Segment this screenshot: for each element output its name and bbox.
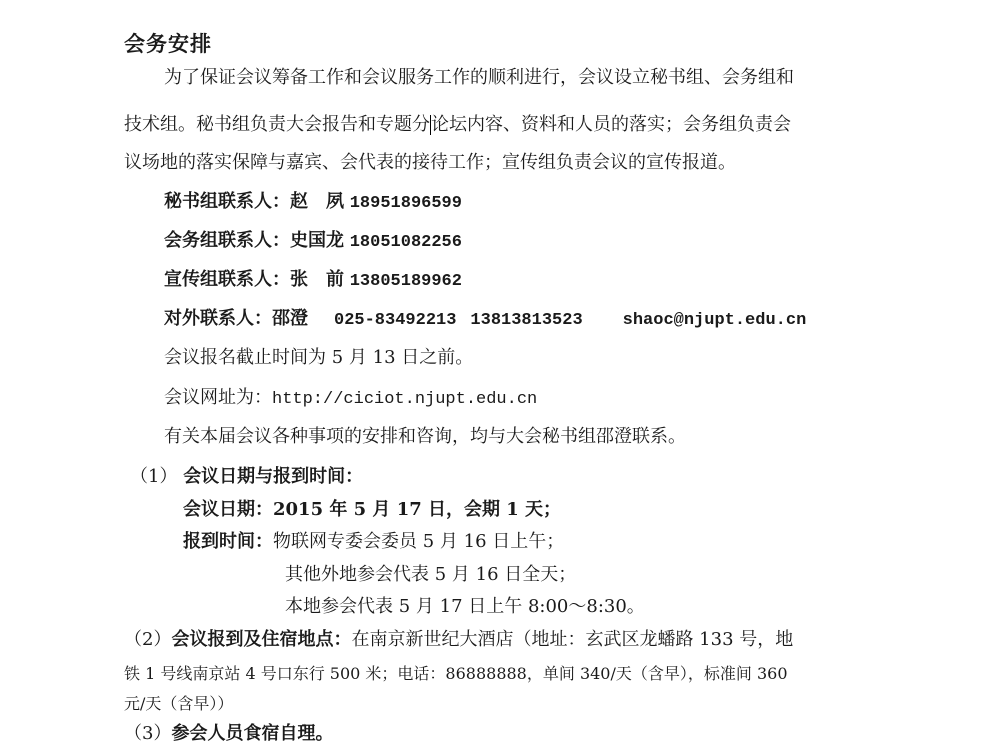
- intro-line-1: 为了保证会议筹备工作和会议服务工作的顺利进行，会议设立秘书组、会务组和: [164, 66, 794, 90]
- contact-email: shaoc@njupt.edu.cn: [623, 311, 807, 330]
- checkin-label: 报到时间：: [183, 531, 273, 552]
- item2-title: 会议报到及住宿地点：: [171, 629, 351, 650]
- date-value: 2015 年 5 月 17 日，会期 1 天；: [273, 499, 561, 520]
- intro-line-2a: 技术组。秘书组负责大会报告和专题分: [124, 114, 430, 135]
- item2-line-2: 铁 1 号线南京站 4 号口东行 500 米；电话：86888888，单间 34…: [124, 662, 788, 686]
- section-heading: 会务安排: [124, 28, 212, 58]
- website-line: 会议网址为：http://ciciot.njupt.edu.cn: [164, 386, 537, 412]
- contact-name: 赵 夙: [290, 191, 344, 212]
- contact-label: 秘书组联系人：: [164, 191, 290, 212]
- contact-phone: 13805189962: [350, 272, 462, 291]
- item3-number: （3）: [124, 723, 171, 744]
- item1-number: （1）: [130, 466, 177, 487]
- contact-affairs: 会务组联系人：史国龙 18051082256: [164, 229, 462, 255]
- item2-line-1: （2）会议报到及住宿地点：在南京新世纪大酒店（地址：玄武区龙蟠路 133 号，地: [124, 628, 793, 652]
- inquiry-line: 有关本届会议各种事项的安排和咨询，均与大会秘书组邵澄联系。: [164, 425, 686, 449]
- contact-mobile: 13813813523: [470, 311, 582, 330]
- item2-line-3: 元/天（含早））: [124, 692, 233, 716]
- registration-deadline: 会议报名截止时间为 5 月 13 日之前。: [164, 346, 473, 370]
- contact-name: 邵澄: [272, 308, 308, 329]
- contact-name: 张 前: [290, 269, 344, 290]
- contact-label: 宣传组联系人：: [164, 269, 290, 290]
- contact-label: 对外联系人：: [164, 308, 272, 329]
- item2-number: （2）: [124, 629, 171, 650]
- intro-line-2b: 论坛内容、资料和人员的落实；会务组负责会: [431, 114, 791, 135]
- contact-phone: 18951896599: [350, 194, 462, 213]
- checkin-line: 物联网专委会委员 5 月 16 日上午；: [273, 531, 564, 552]
- contact-tel: 025-83492213: [334, 311, 456, 330]
- document-page: 会务安排 为了保证会议筹备工作和会议服务工作的顺利进行，会议设立秘书组、会务组和…: [0, 0, 999, 749]
- contact-phone: 18051082256: [350, 233, 462, 252]
- item2-text: 在南京新世纪大酒店（地址：玄武区龙蟠路 133 号，地: [351, 629, 793, 650]
- item3-title: 参会人员食宿自理。: [171, 723, 333, 744]
- checkin-line: 其他外地参会代表 5 月 16 日全天；: [285, 563, 576, 587]
- item1-title: 会议日期与报到时间：: [183, 466, 363, 487]
- item1-header: （1） 会议日期与报到时间：: [130, 465, 363, 489]
- contact-external: 对外联系人：邵澄025-8349221313813813523shaoc@nju…: [164, 307, 806, 333]
- website-label: 会议网址为：: [164, 387, 272, 408]
- checkin-line: 本地参会代表 5 月 17 日上午 8:00～8:30。: [285, 595, 645, 619]
- website-url: http://ciciot.njupt.edu.cn: [272, 390, 537, 409]
- intro-line-3: 议场地的落实保障与嘉宾、会代表的接待工作；宣传组负责会议的宣传报道。: [124, 151, 736, 175]
- item1-date: 会议日期：2015 年 5 月 17 日，会期 1 天；: [183, 498, 561, 522]
- item1-checkin: 报到时间：物联网专委会委员 5 月 16 日上午；: [183, 530, 564, 554]
- contact-name: 史国龙: [290, 230, 344, 251]
- intro-line-2: 技术组。秘书组负责大会报告和专题分论坛内容、资料和人员的落实；会务组负责会: [124, 113, 791, 137]
- contact-publicity: 宣传组联系人：张 前 13805189962: [164, 268, 462, 294]
- item3-line: （3）参会人员食宿自理。: [124, 722, 333, 746]
- date-label: 会议日期：: [183, 499, 273, 520]
- contact-label: 会务组联系人：: [164, 230, 290, 251]
- contact-secretary: 秘书组联系人：赵 夙 18951896599: [164, 190, 462, 216]
